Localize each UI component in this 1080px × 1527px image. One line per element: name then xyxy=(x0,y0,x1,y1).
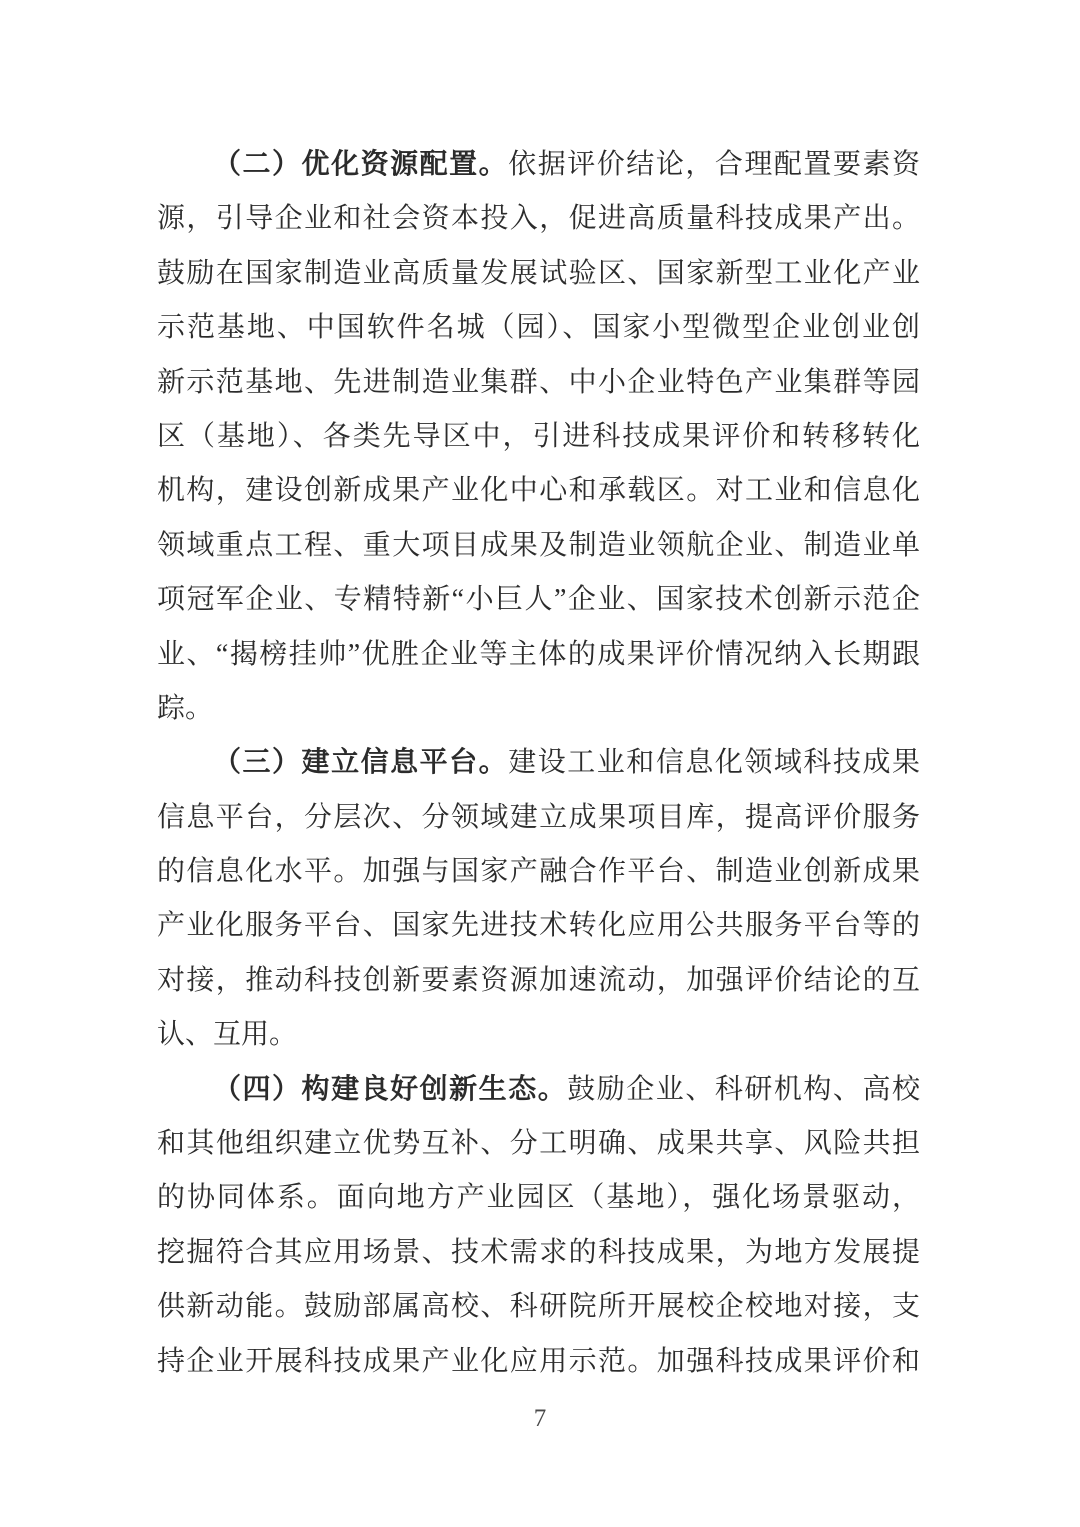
text-line: （三）建立信息平台。建设工业和信息化领域科技成果 xyxy=(157,736,920,790)
text-line: 持企业开展科技成果产业化应用示范。加强科技成果评价和 xyxy=(157,1335,920,1389)
paragraph-heading: （四）构建良好创新生态。 xyxy=(213,1074,567,1105)
text-line: 示范基地、中国软件名城（园）、国家小型微型企业创业创 xyxy=(157,301,920,355)
text-line: 和其他组织建立优势互补、分工明确、成果共享、风险共担 xyxy=(157,1117,920,1171)
text-line: 项冠军企业、专精特新“小巨人”企业、国家技术创新示范企 xyxy=(157,573,920,627)
text-line: 踪。 xyxy=(157,682,920,736)
text-line: 区（基地）、各类先导区中，引进科技成果评价和转移转化 xyxy=(157,410,920,464)
text-line: 挖掘符合其应用场景、技术需求的科技成果，为地方发展提 xyxy=(157,1226,920,1280)
text-line: 认、互用。 xyxy=(157,1008,920,1062)
page-footer: 7 xyxy=(0,1405,1080,1433)
document-body: （二）优化资源配置。依据评价结论，合理配置要素资源，引导企业和社会资本投入，促进… xyxy=(157,138,920,1389)
paragraph: （二）优化资源配置。依据评价结论，合理配置要素资源，引导企业和社会资本投入，促进… xyxy=(157,138,920,736)
text-line: 产业化服务平台、国家先进技术转化应用公共服务平台等的 xyxy=(157,899,920,953)
text-line: 供新动能。鼓励部属高校、科研院所开展校企校地对接，支 xyxy=(157,1280,920,1334)
text-line: 机构，建设创新成果产业化中心和承载区。对工业和信息化 xyxy=(157,464,920,518)
paragraph: （四）构建良好创新生态。鼓励企业、科研机构、高校和其他组织建立优势互补、分工明确… xyxy=(157,1063,920,1389)
text-line: 业、“揭榜挂帅”优胜企业等主体的成果评价情况纳入长期跟 xyxy=(157,628,920,682)
page-number: 7 xyxy=(534,1405,547,1432)
text-line: 的信息化水平。加强与国家产融合作平台、制造业创新成果 xyxy=(157,845,920,899)
text-line: 新示范基地、先进制造业集群、中小企业特色产业集群等园 xyxy=(157,356,920,410)
paragraph-heading: （二）优化资源配置。 xyxy=(213,149,508,180)
text-line: 对接，推动科技创新要素资源加速流动，加强评价结论的互 xyxy=(157,954,920,1008)
text-line: （二）优化资源配置。依据评价结论，合理配置要素资 xyxy=(157,138,920,192)
document-page: （二）优化资源配置。依据评价结论，合理配置要素资源，引导企业和社会资本投入，促进… xyxy=(0,0,1080,1527)
text-line: 领域重点工程、重大项目成果及制造业领航企业、制造业单 xyxy=(157,519,920,573)
text-line: 的协同体系。面向地方产业园区（基地），强化场景驱动， xyxy=(157,1171,920,1225)
text-line: 信息平台，分层次、分领域建立成果项目库，提高评价服务 xyxy=(157,791,920,845)
text-line: 鼓励在国家制造业高质量发展试验区、国家新型工业化产业 xyxy=(157,247,920,301)
text-line: 源，引导企业和社会资本投入，促进高质量科技成果产出。 xyxy=(157,192,920,246)
text-line: （四）构建良好创新生态。鼓励企业、科研机构、高校 xyxy=(157,1063,920,1117)
paragraph: （三）建立信息平台。建设工业和信息化领域科技成果信息平台，分层次、分领域建立成果… xyxy=(157,736,920,1062)
paragraph-heading: （三）建立信息平台。 xyxy=(213,747,508,778)
